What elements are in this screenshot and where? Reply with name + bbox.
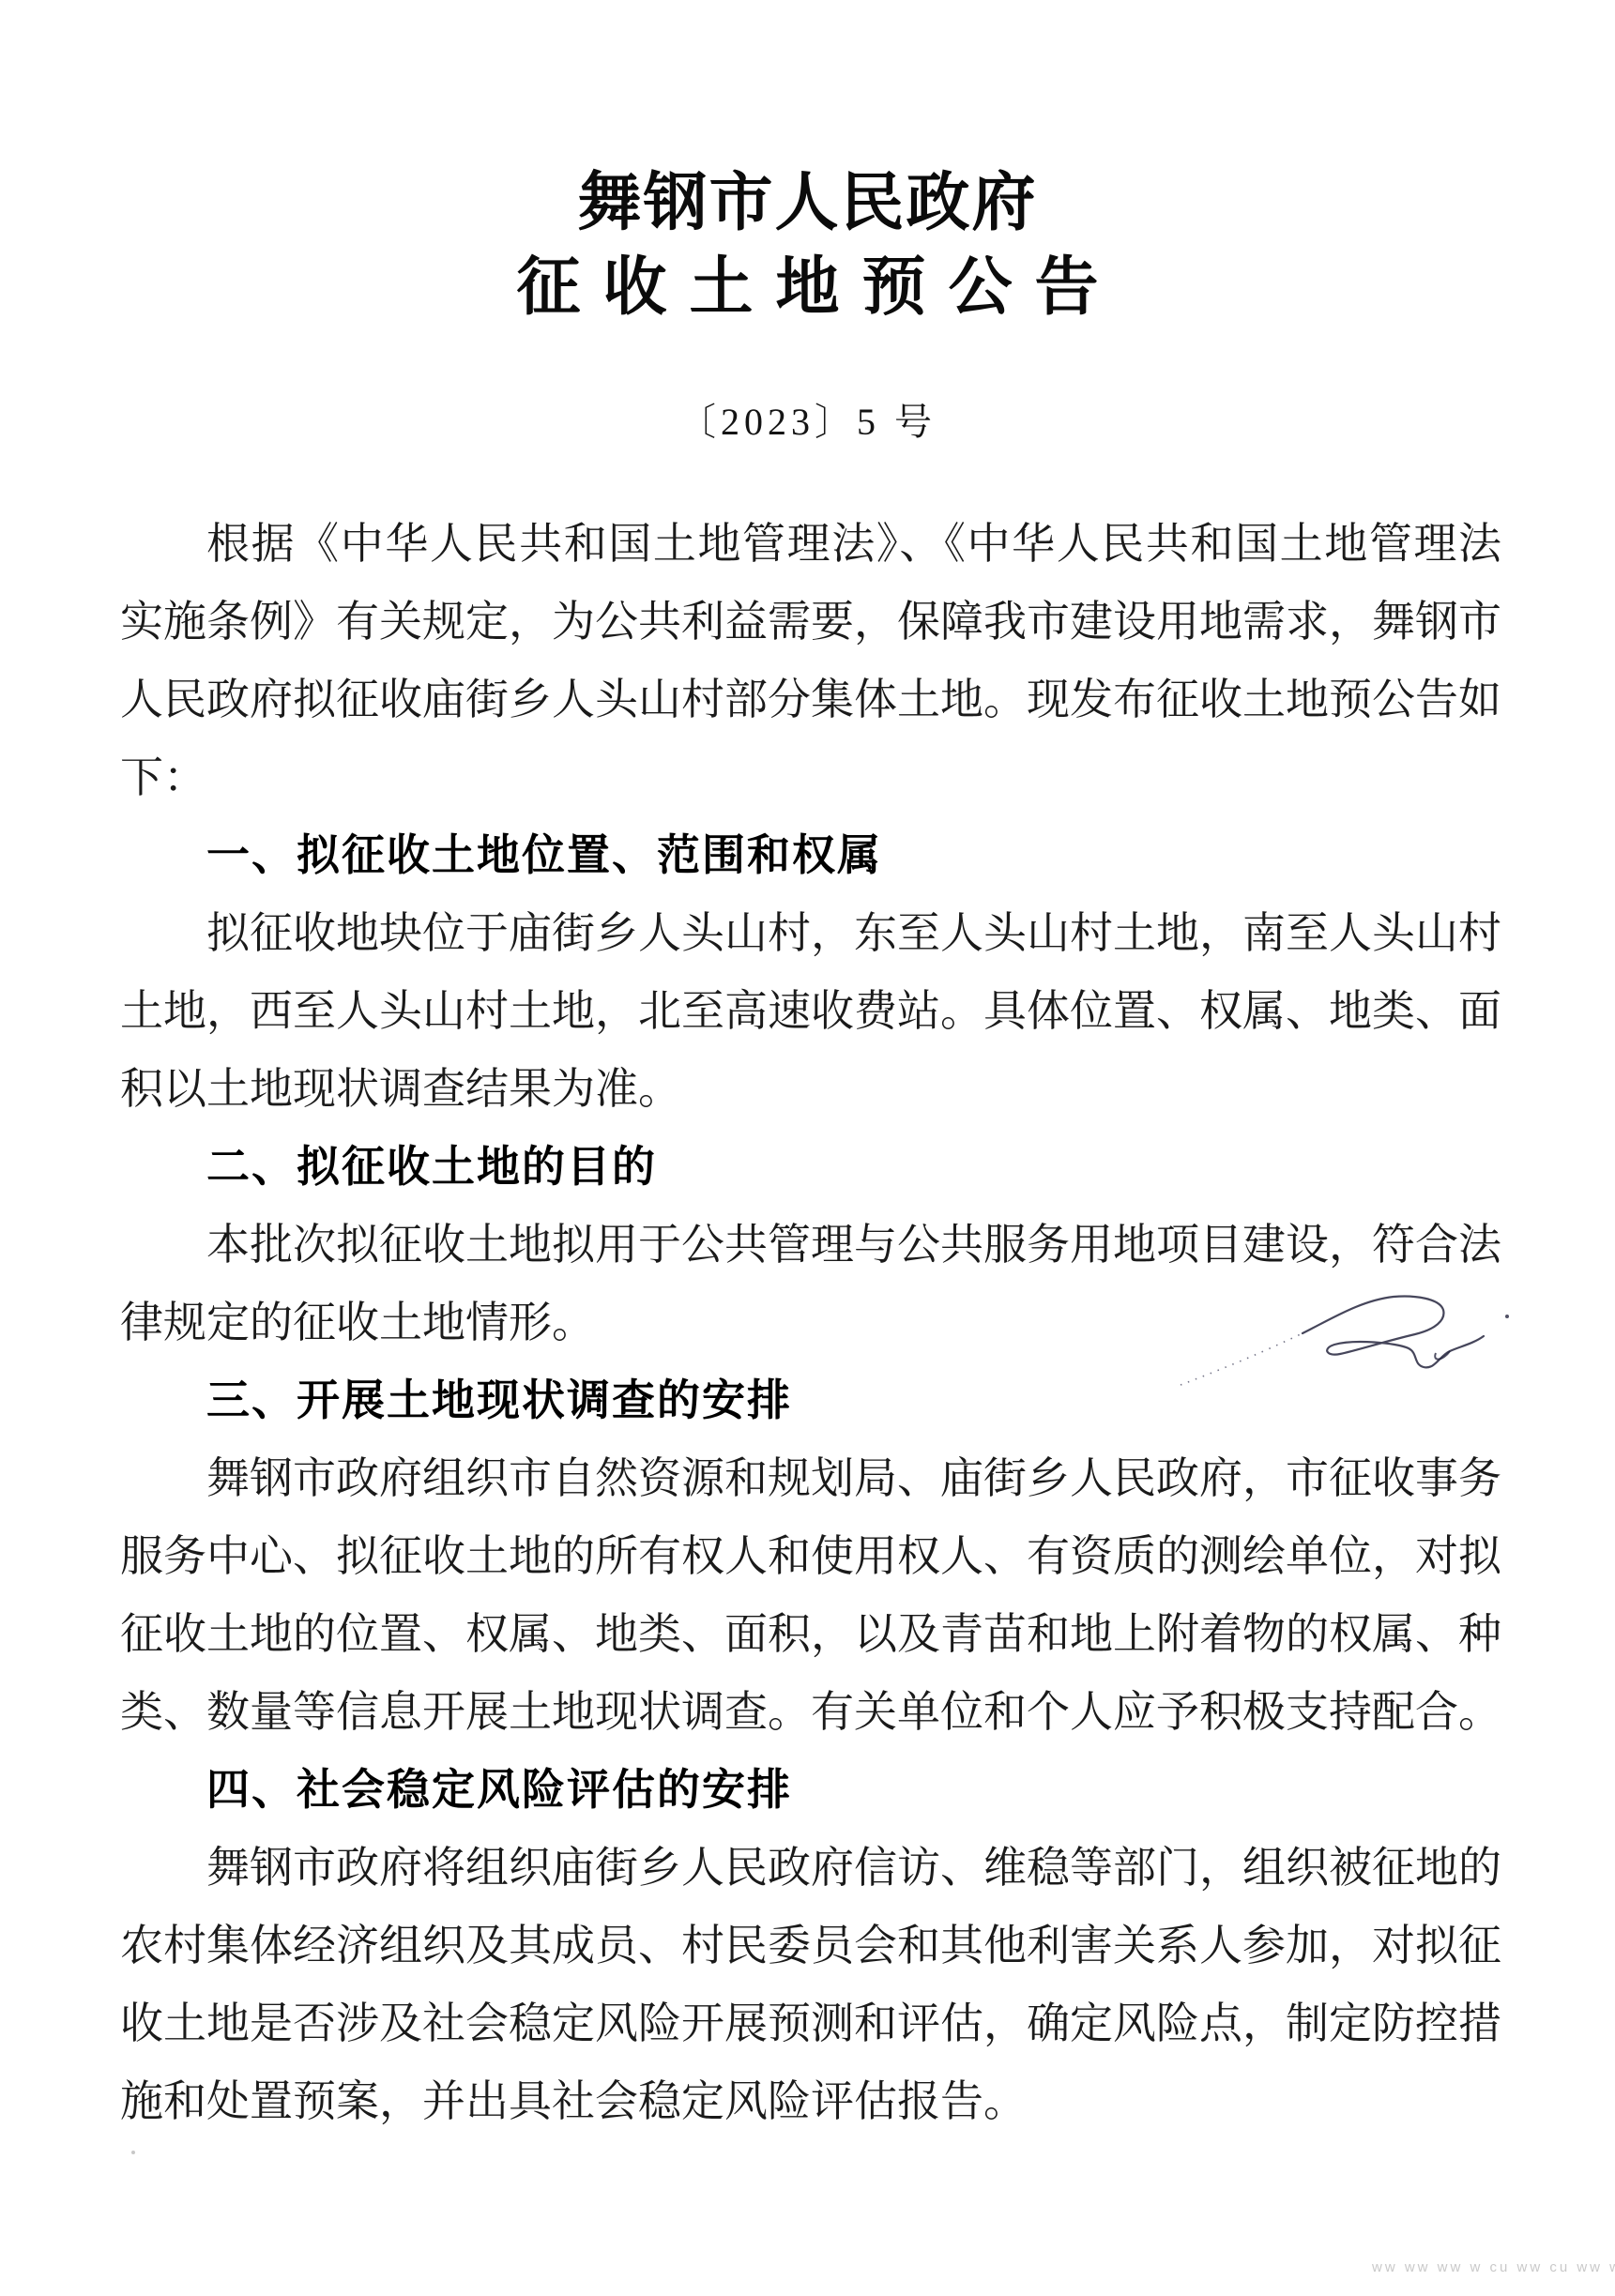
section-heading-4: 四、社会稳定风险评估的安排	[120, 1751, 1501, 1829]
body-line: 收土地是否涉及社会稳定风险开展预测和评估，确定风险点，制定防控措	[120, 1984, 1501, 2062]
document-page: 舞钢市人民政府 征收土地预公告 〔2023〕5 号 根据《中华人民共和国土地管理…	[0, 0, 1615, 2296]
body-line: 施和处置预案，并出具社会稳定风险评估报告。	[120, 2062, 1501, 2140]
document-title-line2: 征收土地预公告	[0, 255, 1615, 319]
body-line: 征收土地的位置、权属、地类、面积，以及青苗和地上附着物的权属、种	[120, 1595, 1501, 1673]
body-line: 类、数量等信息开展土地现状调查。有关单位和个人应予积极支持配合。	[120, 1673, 1501, 1751]
body-line: 积以土地现状调查结果为准。	[120, 1050, 1501, 1128]
body-line: 根据《中华人民共和国土地管理法》、《中华人民共和国土地管理法	[120, 505, 1501, 583]
document-title-line1: 舞钢市人民政府	[0, 171, 1615, 235]
handwritten-signature	[1164, 1287, 1567, 1400]
body-line: 实施条例》有关规定，为公共利益需要，保障我市建设用地需求，舞钢市	[120, 583, 1501, 661]
document-number: 〔2023〕5 号	[0, 392, 1615, 446]
body-line: 服务中心、拟征收土地的所有权人和使用权人、有资质的测绘单位，对拟	[120, 1517, 1501, 1595]
body-line: 舞钢市政府将组织庙街乡人民政府信访、维稳等部门，组织被征地的	[120, 1829, 1501, 1907]
faint-watermark: ww ww ww w cu ww cu ww ww w ww jw	[1372, 2259, 1615, 2275]
body-line: 土地，西至人头山村土地，北至高速收费站。具体位置、权属、地类、面	[120, 972, 1501, 1050]
body-line: 拟征收地块位于庙街乡人头山村，东至人头山村土地，南至人头山村	[120, 894, 1501, 972]
body-line: 人民政府拟征收庙街乡人头山村部分集体土地。现发布征收土地预公告如	[120, 661, 1501, 738]
body-line: 本批次拟征收土地拟用于公共管理与公共服务用地项目建设，符合法	[120, 1206, 1501, 1284]
body-line: 舞钢市政府组织市自然资源和规划局、庙街乡人民政府，市征收事务	[120, 1439, 1501, 1517]
body-line: 农村集体经济组织及其成员、村民委员会和其他利害关系人参加，对拟征	[120, 1907, 1501, 1984]
section-heading-1: 一、拟征收土地位置、范围和权属	[120, 816, 1501, 894]
section-heading-2: 二、拟征收土地的目的	[120, 1128, 1501, 1206]
scan-speck	[131, 2151, 135, 2154]
body-line: 下：	[120, 738, 1501, 816]
